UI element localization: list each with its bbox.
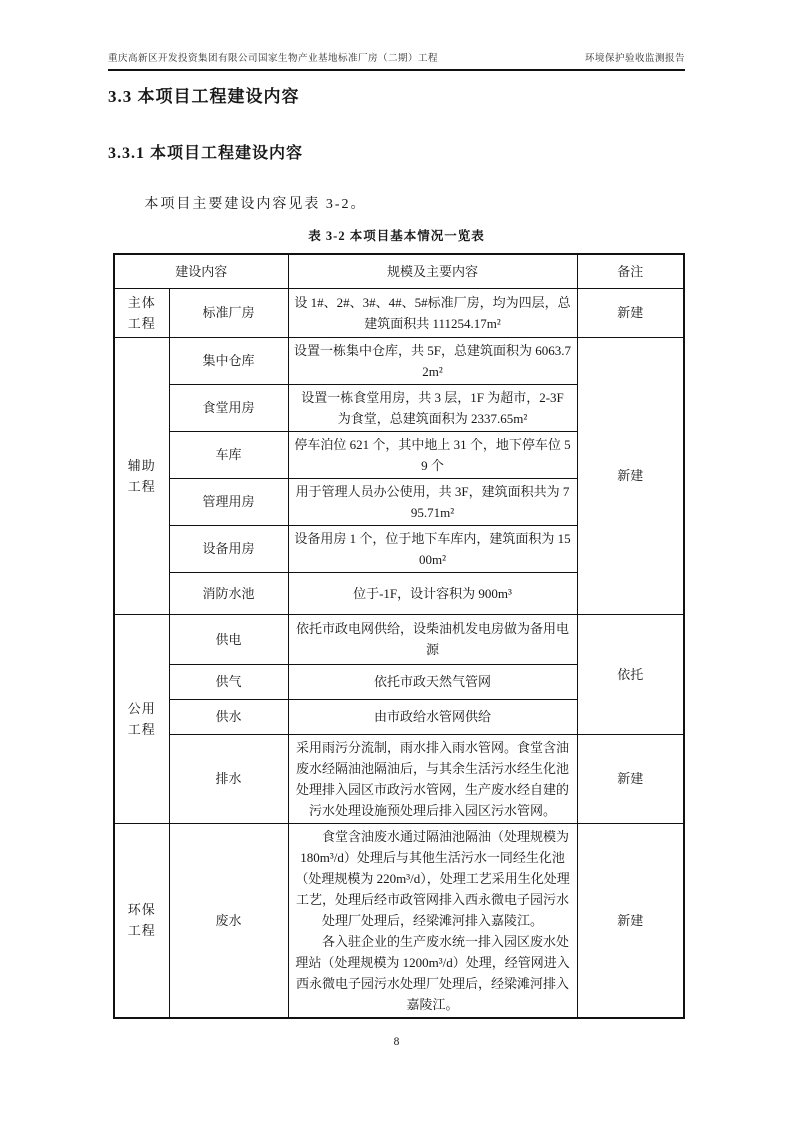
content-cell: 停车泊位 621 个，其中地上 31 个，地下停车位 59 个 (288, 431, 577, 478)
table-row: 排水 采用雨污分流制，雨水排入雨水管网。食堂含油废水经隔油池隔油后，与其余生活污… (114, 734, 684, 823)
running-header: 重庆高新区开发投资集团有限公司国家生物产业基地标准厂房（二期）工程 环境保护验收… (108, 50, 685, 71)
item-cell: 消防水池 (169, 572, 288, 614)
remark-cell: 新建 (577, 734, 684, 823)
content-cell: 食堂含油废水通过隔油池隔油（处理规模为 180m³/d）处理后与其他生活污水一同… (288, 823, 577, 1018)
running-header-right: 环境保护验收监测报告 (585, 50, 685, 64)
content-cell: 设置一栋食堂用房，共 3 层，1F 为超市，2-3F 为食堂，总建筑面积为 23… (288, 384, 577, 431)
content-cell: 用于管理人员办公使用，共 3F，建筑面积共为 795.71m² (288, 478, 577, 525)
table-row: 公用 工程 供电 依托市政电网供给，设柴油机发电房做为备用电源 依托 (114, 614, 684, 664)
table-caption: 表 3-2 本项目基本情况一览表 (108, 226, 685, 244)
item-cell: 废水 (169, 823, 288, 1018)
group-cell-environmental-works: 环保 工程 (114, 823, 169, 1018)
group-cell-public-works: 公用 工程 (114, 614, 169, 823)
item-cell: 标准厂房 (169, 288, 288, 337)
item-cell: 管理用房 (169, 478, 288, 525)
content-cell: 位于-1F，设计容积为 900m³ (288, 572, 577, 614)
remark-cell: 新建 (577, 288, 684, 337)
col-header-remark: 备注 (577, 254, 684, 288)
table-row: 环保 工程 废水 食堂含油废水通过隔油池隔油（处理规模为 180m³/d）处理后… (114, 823, 684, 1018)
content-cell: 由市政给水管网供给 (288, 699, 577, 734)
col-header-scale: 规模及主要内容 (288, 254, 577, 288)
group-cell-auxiliary-works: 辅助 工程 (114, 337, 169, 614)
item-cell: 排水 (169, 734, 288, 823)
col-header-build-content: 建设内容 (114, 254, 288, 288)
content-cell: 采用雨污分流制，雨水排入雨水管网。食堂含油废水经隔油池隔油后，与其余生活污水经生… (288, 734, 577, 823)
table-row: 辅助 工程 集中仓库 设置一栋集中仓库，共 5F，总建筑面积为 6063.72m… (114, 337, 684, 384)
wastewater-paragraph-2: 各入驻企业的生产废水统一排入园区废水处理站（处理规模为 1200m³/d）处理，… (294, 931, 572, 1015)
document-page: 重庆高新区开发投资集团有限公司国家生物产业基地标准厂房（二期）工程 环境保护验收… (0, 0, 793, 1122)
project-overview-table: 建设内容 规模及主要内容 备注 主体 工程 标准厂房 设 1#、2#、3#、4#… (113, 253, 685, 1019)
content-cell: 设 1#、2#、3#、4#、5#标准厂房，均为四层，总建筑面积共 111254.… (288, 288, 577, 337)
group-cell-main-works: 主体 工程 (114, 288, 169, 337)
content-cell: 依托市政天然气管网 (288, 664, 577, 699)
item-cell: 供电 (169, 614, 288, 664)
content-cell: 依托市政电网供给，设柴油机发电房做为备用电源 (288, 614, 577, 664)
subsection-heading: 3.3.1 本项目工程建设内容 (108, 140, 685, 163)
remark-cell: 依托 (577, 614, 684, 734)
item-cell: 供水 (169, 699, 288, 734)
item-cell: 供气 (169, 664, 288, 699)
item-cell: 车库 (169, 431, 288, 478)
item-cell: 集中仓库 (169, 337, 288, 384)
item-cell: 食堂用房 (169, 384, 288, 431)
item-cell: 设备用房 (169, 525, 288, 572)
section-heading: 3.3 本项目工程建设内容 (108, 82, 685, 107)
page-content: 重庆高新区开发投资集团有限公司国家生物产业基地标准厂房（二期）工程 环境保护验收… (0, 0, 793, 1019)
content-cell: 设备用房 1 个，位于地下车库内，建筑面积为 1500m² (288, 525, 577, 572)
table-row: 主体 工程 标准厂房 设 1#、2#、3#、4#、5#标准厂房，均为四层，总建筑… (114, 288, 684, 337)
remark-cell: 新建 (577, 823, 684, 1018)
wastewater-paragraph-1: 食堂含油废水通过隔油池隔油（处理规模为 180m³/d）处理后与其他生活污水一同… (294, 826, 572, 931)
page-number: 8 (0, 1036, 793, 1048)
content-cell: 设置一栋集中仓库，共 5F，总建筑面积为 6063.72m² (288, 337, 577, 384)
intro-paragraph: 本项目主要建设内容见表 3-2。 (108, 193, 685, 213)
remark-cell: 新建 (577, 337, 684, 614)
table-header-row: 建设内容 规模及主要内容 备注 (114, 254, 684, 288)
running-header-left: 重庆高新区开发投资集团有限公司国家生物产业基地标准厂房（二期）工程 (108, 50, 438, 64)
